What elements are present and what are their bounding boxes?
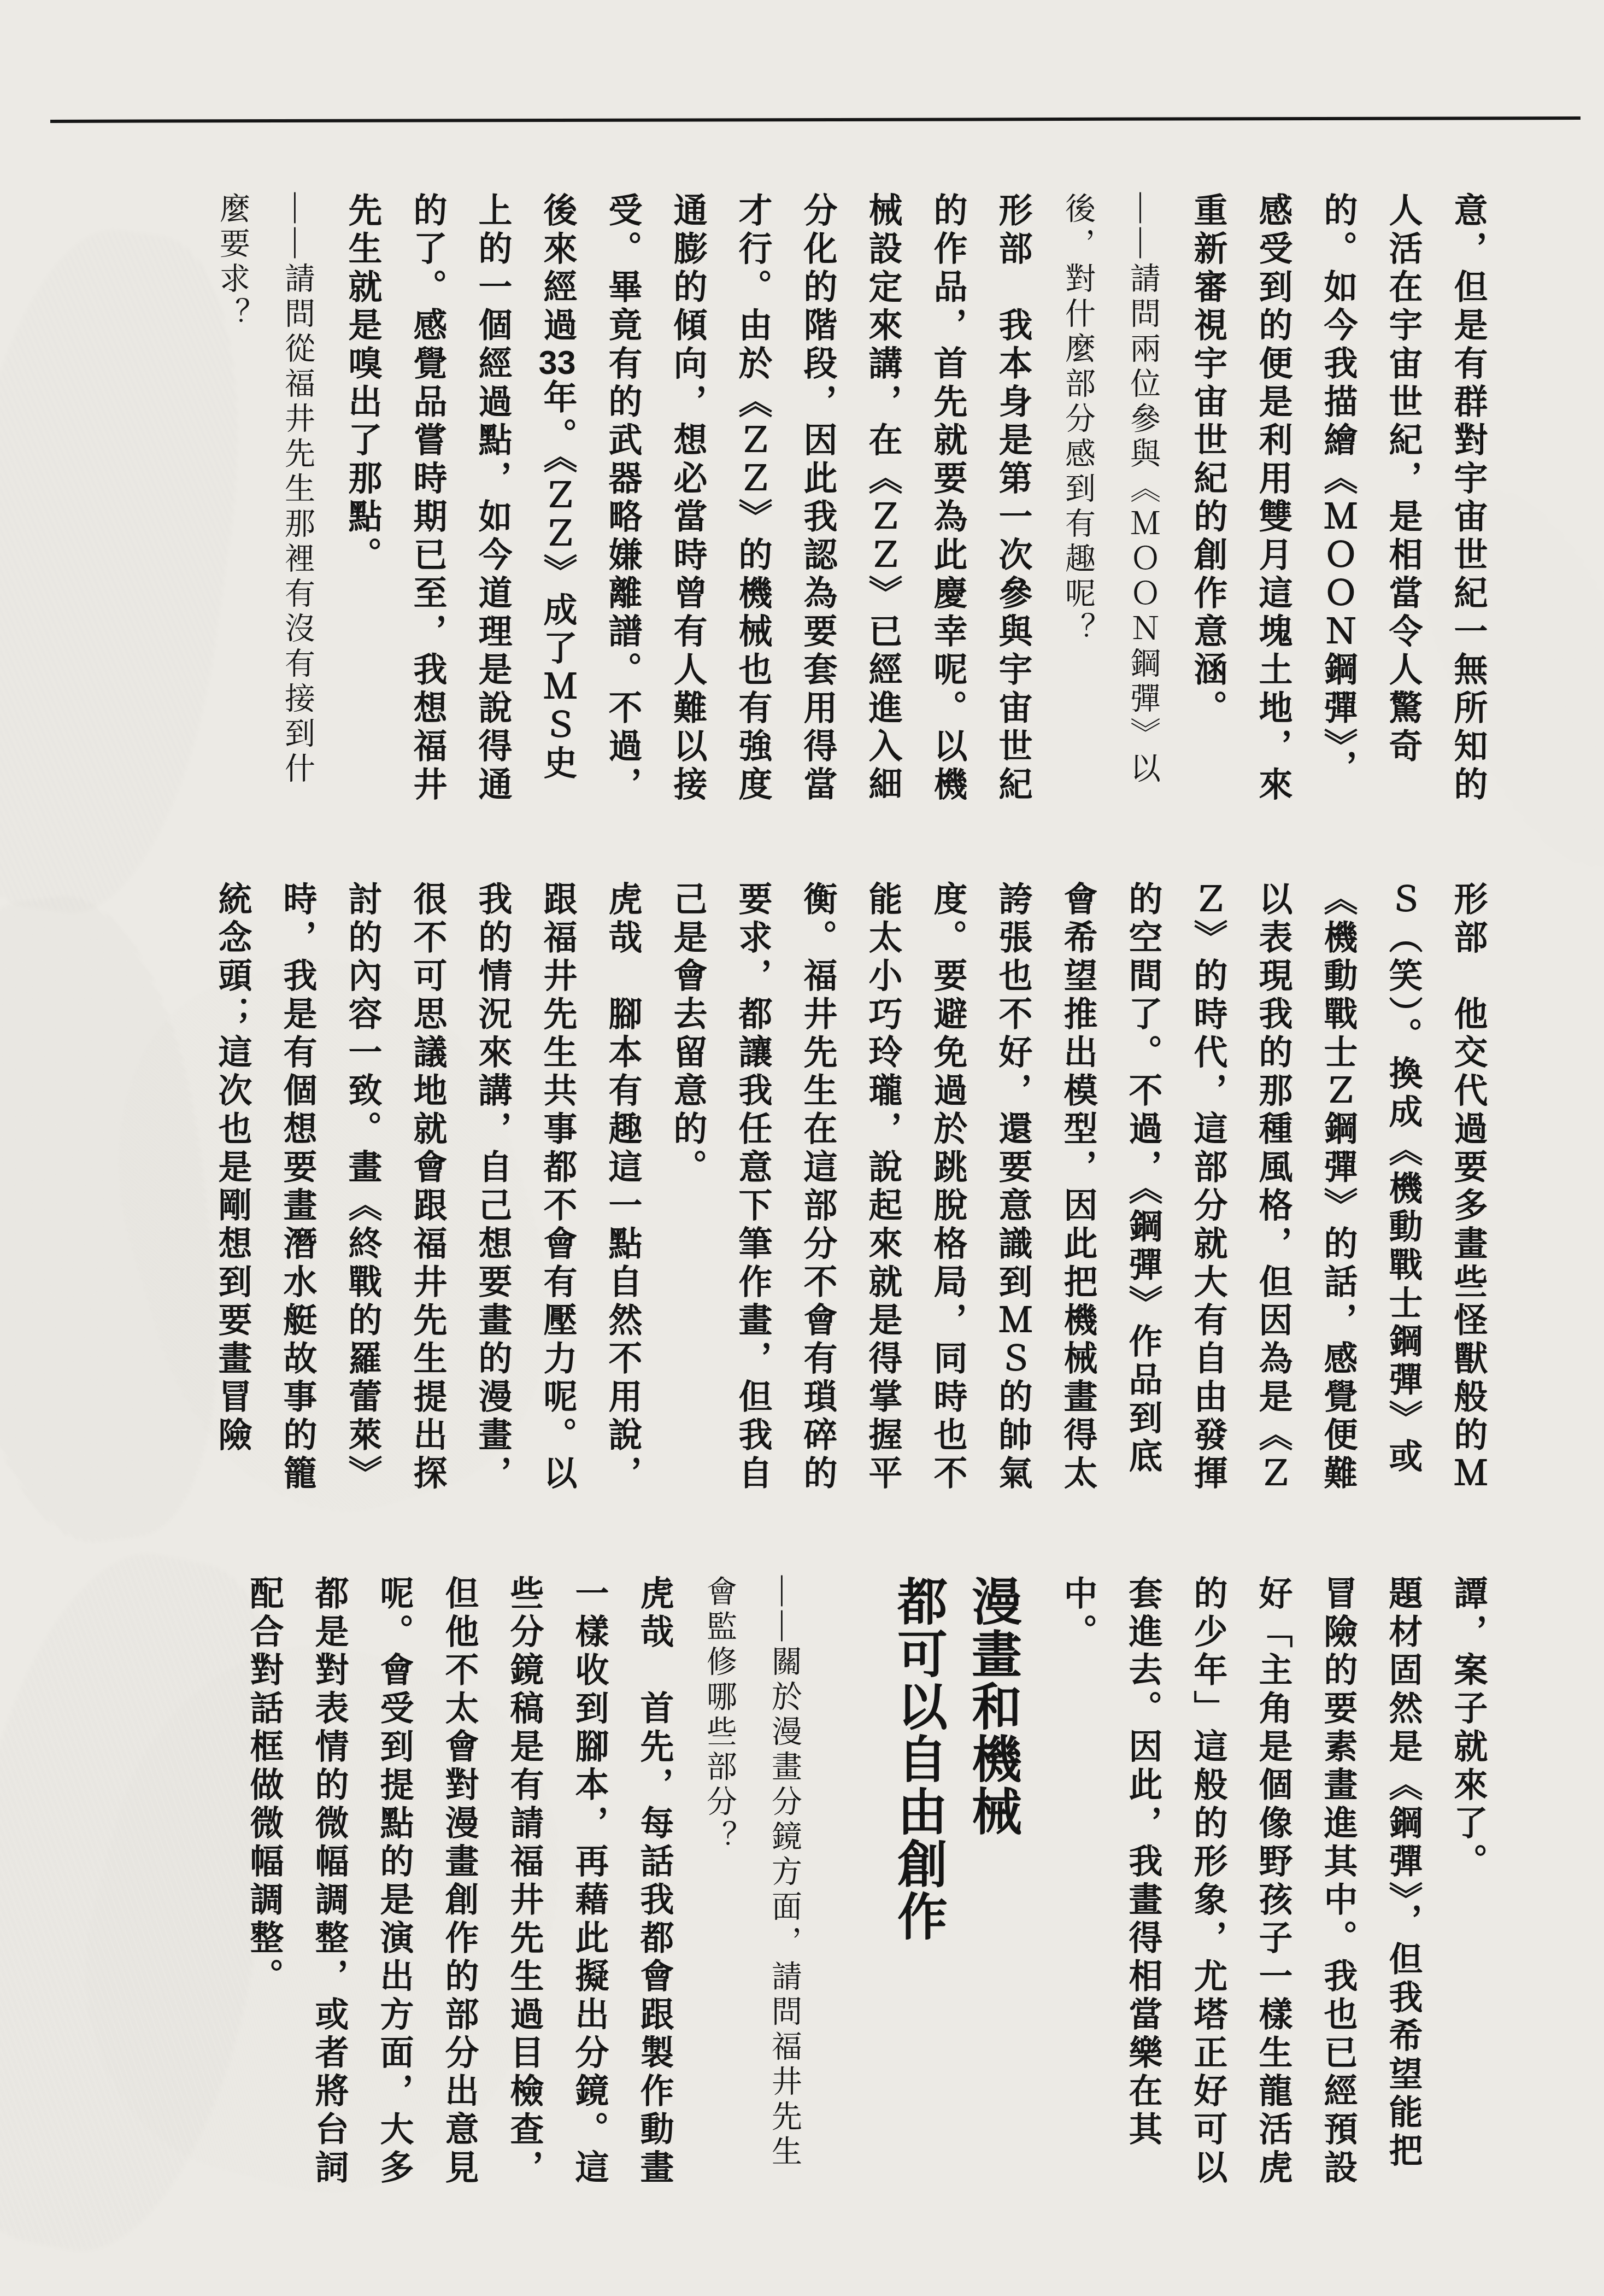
speaker-name-katabe: 形部 [994, 192, 1031, 269]
question-text: ——請問兩位參與《ＭＯＯＮ鋼彈》以後，對什麼部分感到有趣呢？ [1061, 192, 1160, 787]
magazine-page: 意，但是有群對宇宙世紀一無所知的人活在宇宙世紀，是相當令人驚奇的。如今我描繪《Ｍ… [0, 0, 1604, 2296]
interviewer-question: ——請問兩位參與《ＭＯＯＮ鋼彈》以後，對什麼部分感到有趣呢？ [1045, 192, 1175, 816]
text-band-bottom: 譚，案子就來了。 題材固然是《鋼彈》，但我希望能把冒險的要素畫進其中。我也已經預… [231, 1575, 1500, 2199]
interviewer-question: ——關於漫畫分鏡方面，請問福井先生會監修哪些部分？ [686, 1575, 816, 2199]
paragraph-text: 譚，案子就來了。 [1449, 1575, 1487, 1882]
paragraph-text: 題材固然是《鋼彈》，但我希望能把冒險的要素畫進其中。我也已經預設好「主角是個像野… [1059, 1575, 1421, 2188]
interviewer-question: ——請問從福井先生那裡有沒有接到什麼要求？ [199, 192, 330, 816]
toraya-answer: 虎哉 腳本有趣這一點自然不用說，跟福井先生共事都不會有壓力呢。以我的情況來講，自… [199, 881, 655, 1504]
paragraph-continuation: 意，但是有群對宇宙世紀一無所知的人活在宇宙世紀，是相當令人驚奇的。如今我描繪《Ｍ… [1175, 192, 1500, 816]
answer-text: 首先，每話我都會跟製作動畫一樣收到腳本，再藉此擬出分鏡。這些分鏡稿是有請福井先生… [245, 1575, 673, 2188]
katabe-answer: 形部 他交代過要多畫些怪獸般的ＭＳ（笑）。換成《機動戰士鋼彈》或《機動戰士Ｚ鋼彈… [655, 881, 1500, 1504]
question-text: ——請問從福井先生那裡有沒有接到什麼要求？ [215, 192, 314, 787]
answer-text: 我本身是第一次參與宇宙世紀的作品，首先就要為此慶幸呢。以機械設定來講，在《ＺＺ》… [538, 192, 1031, 805]
paragraph-text: 意，但是有群對宇宙世紀一無所知的人活在宇宙世紀，是相當令人驚奇的。如今我描繪《Ｍ… [1189, 192, 1487, 805]
speaker-name-toraya: 虎哉 [603, 881, 641, 958]
section-heading-line1: 漫畫和機械 [965, 1575, 1020, 1838]
katabe-answer: 形部 我本身是第一次參與宇宙世紀的作品，首先就要為此慶幸呢。以機械設定來講，在《… [330, 192, 1045, 816]
speaker-name-katabe: 形部 [1449, 881, 1487, 958]
section-heading-line2: 都可以自由創作 [890, 1575, 946, 1943]
paragraph: 題材固然是《鋼彈》，但我希望能把冒險的要素畫進其中。我也已經預設好「主角是個像野… [1045, 1575, 1435, 2199]
section-heading: 漫畫和機械都可以自由創作 [881, 1575, 1030, 2199]
toraya-answer: 虎哉 首先，每話我都會跟製作動畫一樣收到腳本，再藉此擬出分鏡。這些分鏡稿是有請福… [231, 1575, 686, 2199]
top-rule [50, 116, 1581, 123]
text-band-top: 意，但是有群對宇宙世紀一無所知的人活在宇宙世紀，是相當令人驚奇的。如今我描繪《Ｍ… [199, 192, 1500, 816]
text-band-middle: 形部 他交代過要多畫些怪獸般的ＭＳ（笑）。換成《機動戰士鋼彈》或《機動戰士Ｚ鋼彈… [199, 881, 1500, 1504]
answer-text: 他交代過要多畫些怪獸般的ＭＳ（笑）。換成《機動戰士鋼彈》或《機動戰士Ｚ鋼彈》的話… [668, 881, 1487, 1493]
paragraph-continuation: 譚，案子就來了。 [1435, 1575, 1500, 2199]
answer-text: 腳本有趣這一點自然不用說，跟福井先生共事都不會有壓力呢。以我的情況來講，自己想要… [213, 881, 641, 1493]
speaker-name-toraya: 虎哉 [635, 1575, 673, 1652]
year-number: 33 [538, 345, 576, 379]
question-text: ——關於漫畫分鏡方面，請問福井先生會監修哪些部分？ [702, 1575, 801, 2170]
